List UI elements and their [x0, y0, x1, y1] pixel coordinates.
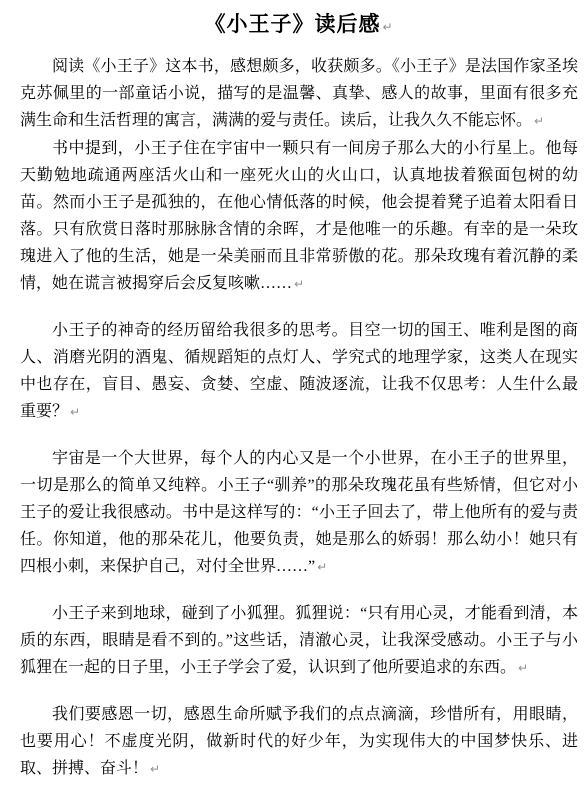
paragraph-mark: ↵	[315, 560, 327, 574]
paragraph-mark: ↵	[532, 114, 544, 128]
paragraph: 我们要感恩一切，感恩生命所赋予我们的点点滴滴，珍惜所有，用眼睛，也要用心！不虚度…	[20, 701, 578, 783]
paragraph-text: 宇宙是一个大世界，每个人的内心又是一个小世界，在小王子的世界里，一切是那么的简单…	[20, 450, 578, 575]
paragraph-text: 小王子的神奇的经历留给我很多的思考。目空一切的国王、唯利是图的商人、消磨光阴的酒…	[20, 322, 578, 420]
paragraph-mark: ↵	[68, 405, 80, 419]
paragraph: 宇宙是一个大世界，每个人的内心又是一个小世界，在小王子的世界里，一切是那么的简单…	[20, 445, 578, 581]
paragraph: 小王子来到地球，碰到了小狐狸。狐狸说：“只有用心灵，才能看到清，本质的东西，眼睛…	[20, 600, 578, 682]
paragraph: 小王子的神奇的经历留给我很多的思考。目空一切的国王、唯利是图的商人、消磨光阴的酒…	[20, 317, 578, 426]
paragraph-mark: ↵	[380, 20, 393, 34]
paragraph-text: 我们要感恩一切，感恩生命所赋予我们的点点滴滴，珍惜所有，用眼睛，也要用心！不虚度…	[20, 706, 578, 777]
paragraph-text: 小王子来到地球，碰到了小狐狸。狐狸说：“只有用心灵，才能看到清，本质的东西，眼睛…	[20, 605, 578, 676]
paragraph-mark: ↵	[148, 762, 160, 776]
document-title: 《小王子》读后感↵	[20, 10, 578, 41]
paragraph-mark: ↵	[516, 661, 528, 675]
paragraph-text: 阅读《小王子》这本书，感想颇多，收获颇多。《小王子》是法国作家圣埃克苏佩里的一部…	[20, 58, 578, 129]
paragraph: 书中提到，小王子住在宇宙中一颗只有一间房子那么大的小行星上。他每天勤勉地疏通两座…	[20, 135, 578, 298]
paragraph: 阅读《小王子》这本书，感想颇多，收获颇多。《小王子》是法国作家圣埃克苏佩里的一部…	[20, 53, 578, 135]
paragraph-text: 书中提到，小王子住在宇宙中一颗只有一间房子那么大的小行星上。他每天勤勉地疏通两座…	[20, 140, 578, 292]
document-page: 《小王子》读后感↵ 阅读《小王子》这本书，感想颇多，收获颇多。《小王子》是法国作…	[0, 0, 586, 788]
document-title-text: 《小王子》读后感	[204, 12, 380, 36]
paragraph-mark: ↵	[292, 277, 304, 291]
